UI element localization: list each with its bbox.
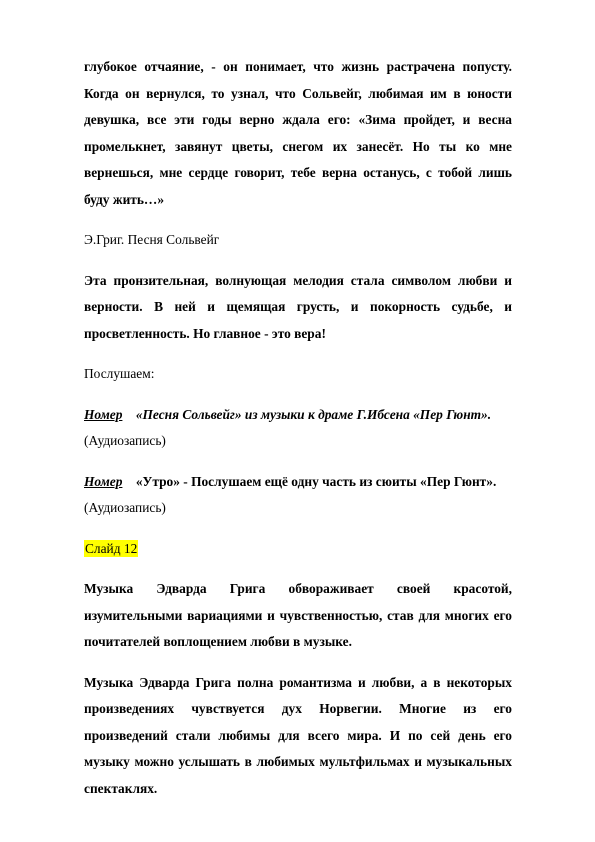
paragraph-solveig-story: глубокое отчаяние, - он понимает, что жи… [84, 54, 512, 213]
document-body: глубокое отчаяние, - он понимает, что жи… [84, 54, 512, 802]
document-page: глубокое отчаяние, - он понимает, что жи… [0, 0, 595, 842]
listening-item-2: Номер «Утро» - Послушаем ещё одну часть … [84, 469, 512, 522]
item-title: «Утро» - Послушаем ещё одну часть из сюи… [136, 474, 497, 489]
slide-number-highlight: Слайд 12 [84, 540, 138, 557]
item-number-label: Номер [84, 407, 122, 422]
paragraph-grieg-beauty: Музыка Эдварда Грига обвораживает своей … [84, 576, 512, 656]
slide-marker: Слайд 12 [84, 536, 512, 563]
listening-item-1: Номер «Песня Сольвейг» из музыки к драме… [84, 402, 512, 455]
paragraph-melody-description: Эта пронзительная, волнующая мелодия ста… [84, 268, 512, 348]
item-number-label: Номер [84, 474, 122, 489]
item-title: «Песня Сольвейг» из музыки к драме Г.Ибс… [136, 407, 491, 422]
paragraph-grieg-romanticism: Музыка Эдварда Грига полна романтизма и … [84, 670, 512, 803]
audio-note: (Аудиозапись) [84, 433, 166, 448]
listen-heading: Послушаем: [84, 361, 512, 388]
audio-note: (Аудиозапись) [84, 500, 166, 515]
music-caption: Э.Григ. Песня Сольвейг [84, 227, 512, 254]
